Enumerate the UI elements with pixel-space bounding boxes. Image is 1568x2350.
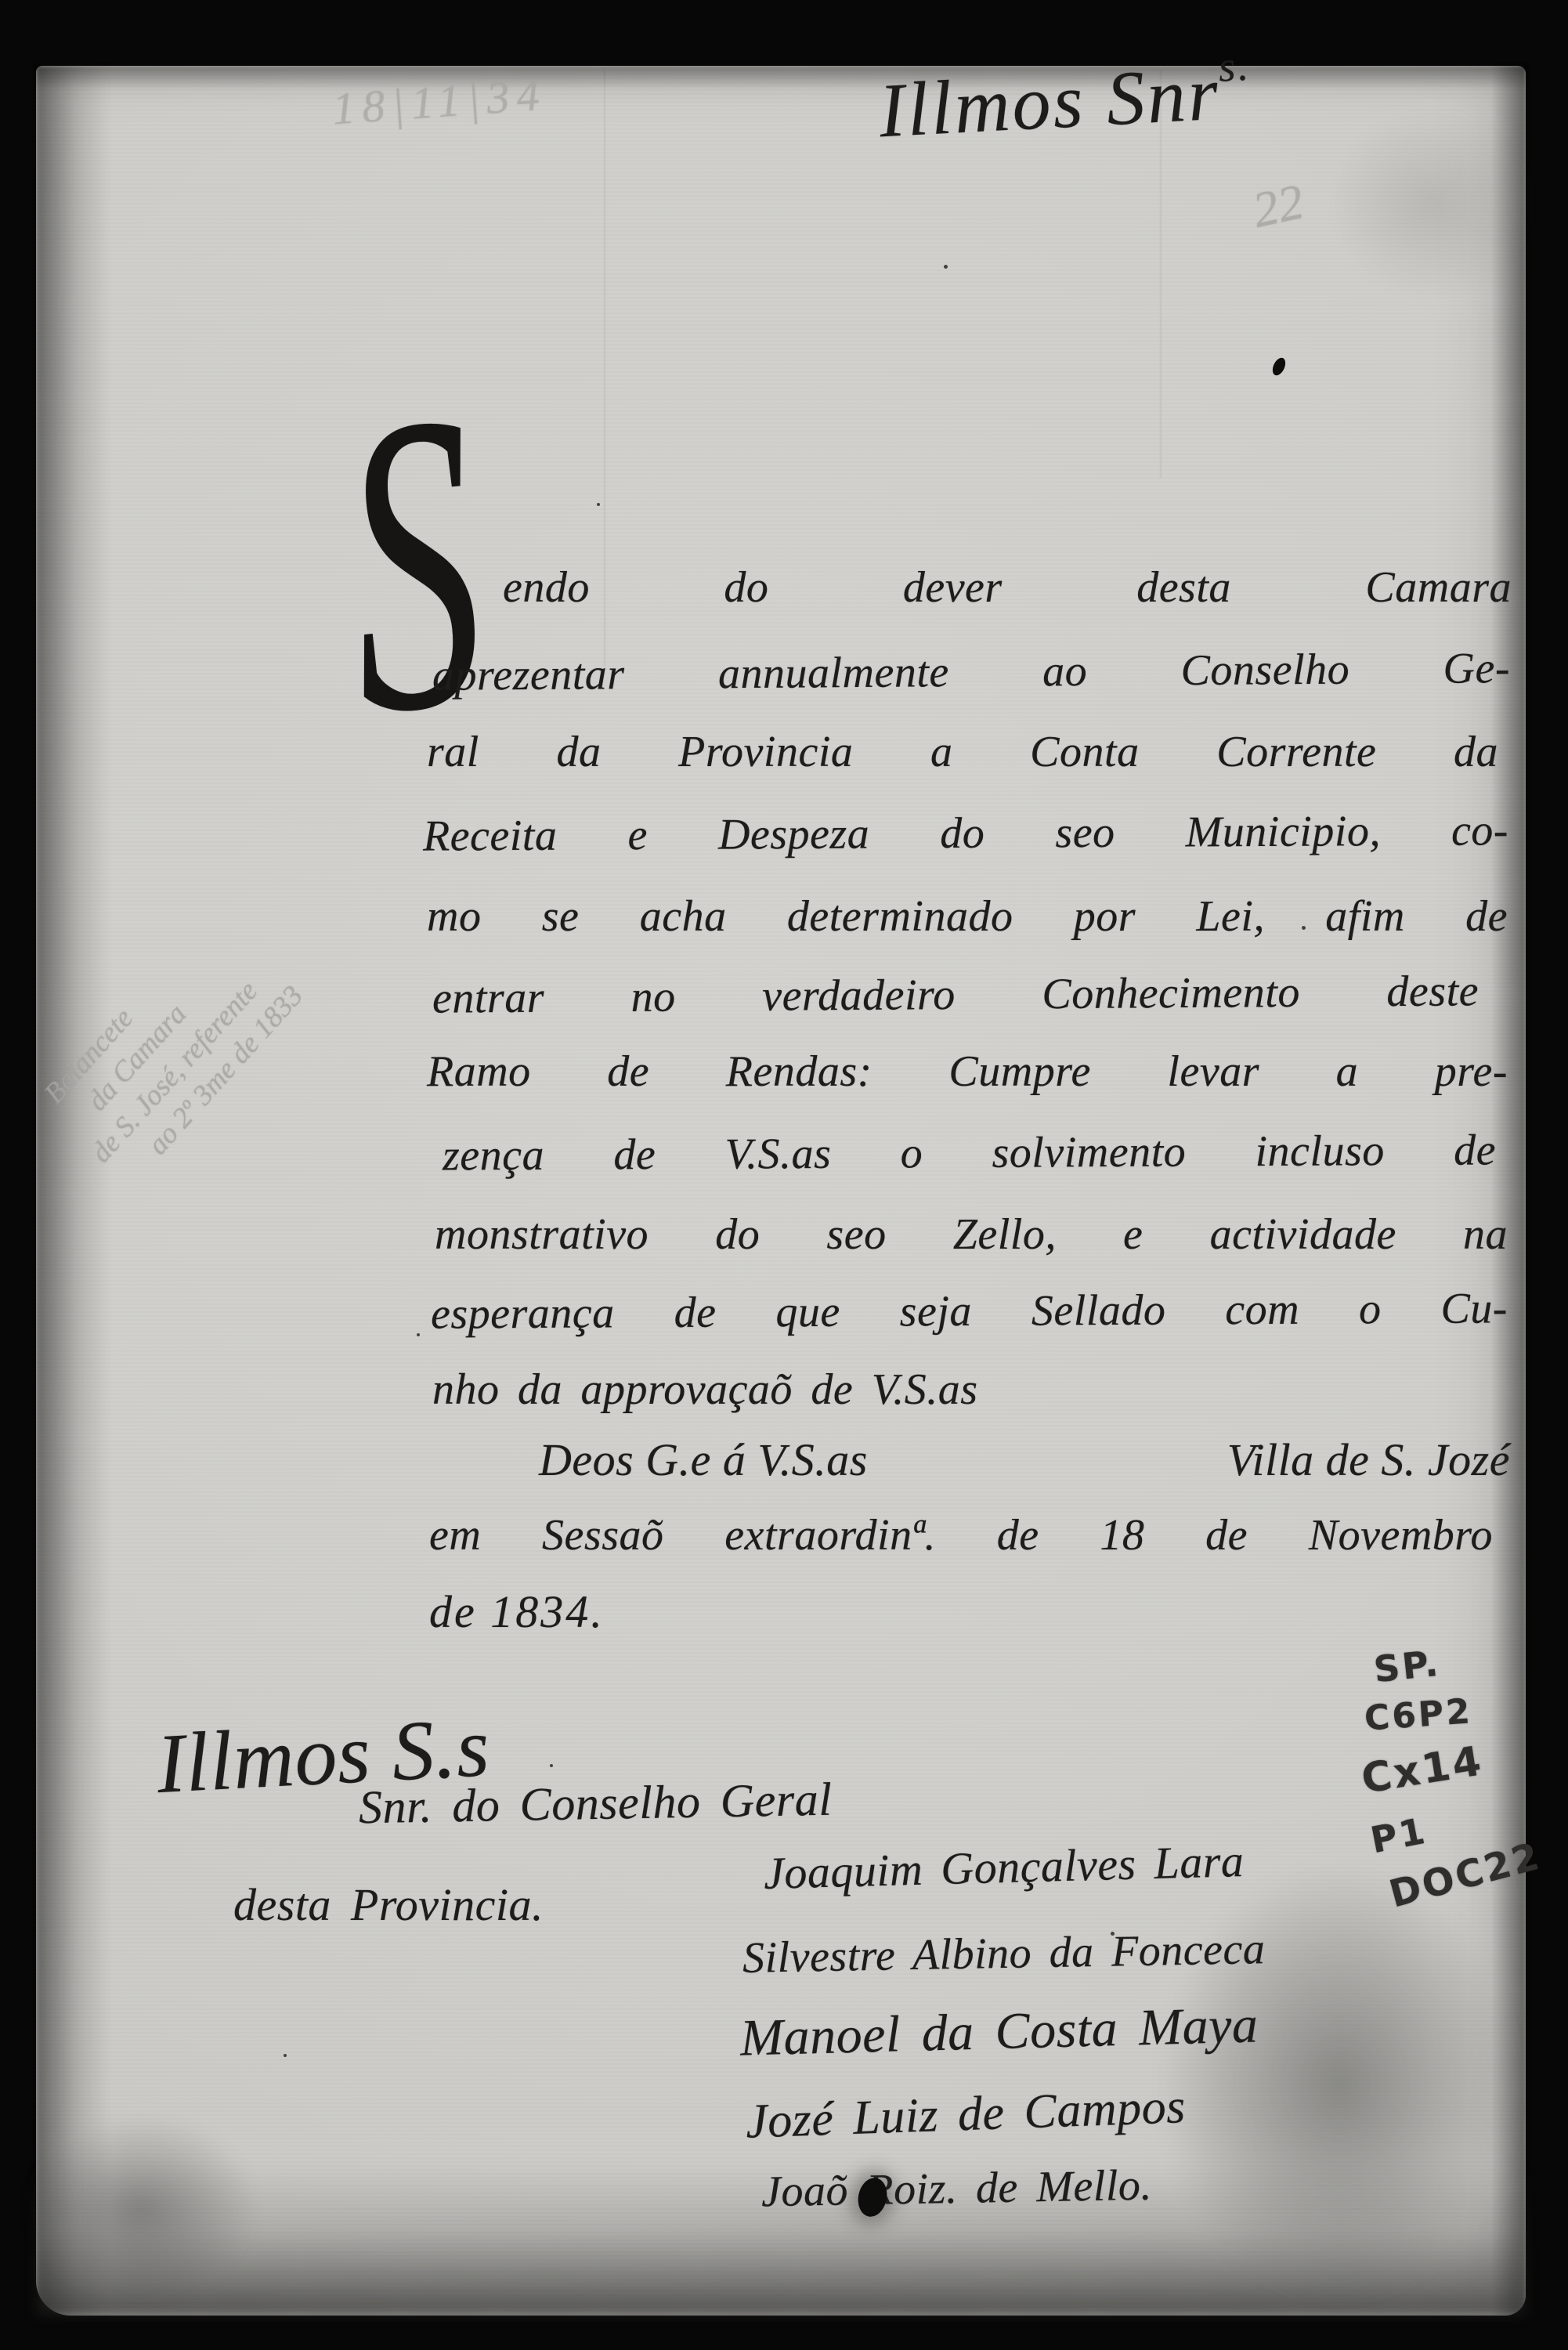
ink-speck — [1111, 1932, 1115, 1936]
closing-formula: Deos G.e á V.S.as — [539, 1433, 868, 1486]
body-line: Ramo de Rendas: Cumpre levar a pre- — [427, 1047, 1508, 1097]
ink-speck — [417, 1333, 420, 1336]
ink-speck — [944, 265, 948, 269]
ink-speck — [1302, 926, 1306, 930]
signature: Joaõ Roiz. de Mello. — [761, 2160, 1152, 2218]
salutation: Illmos Snrs. — [876, 41, 1255, 156]
body-line: ral da Provincia a Conta Corrente da — [427, 727, 1498, 777]
body-line: mo se acha determinado por Lei, afim de — [427, 891, 1508, 942]
ink-speck — [284, 2054, 287, 2057]
archive-stamp-line: SP. — [1371, 1642, 1442, 1691]
salutation-text: Illmos Snr — [877, 52, 1223, 154]
body-line: Receita e Despeza do seo Municipio, co- — [423, 805, 1508, 861]
ink-speck — [597, 503, 600, 506]
dateline: em Sessaõ extraordinª. de 18 de Novembro — [429, 1510, 1493, 1560]
address-recipient: Snr. do Conselho Geral — [358, 1773, 832, 1835]
dateline-year: de 1834. — [429, 1585, 605, 1638]
ink-speck — [999, 1537, 1003, 1541]
closing-place: Villa de S. Jozé — [1227, 1433, 1510, 1486]
salutation-superscript: s. — [1217, 42, 1252, 91]
body-line: aprezentar annualmente ao Conselho Ge- — [432, 643, 1510, 701]
body-line: nho da approvaçaõ de V.S.as — [432, 1365, 978, 1415]
ink-speck — [550, 1764, 553, 1767]
signature: Silvestre Albino da Fonceca — [742, 1924, 1265, 1983]
body-line: zença de V.S.as o solvimento incluso de — [443, 1125, 1496, 1180]
scanned-document: 18|11|34 22 Balancete da Camara de S. Jo… — [0, 0, 1568, 2350]
archive-stamp-line: C6P2 — [1363, 1691, 1473, 1738]
body-line: endo do dever desta Camara — [503, 562, 1512, 613]
closing-row: Deos G.e á V.S.as Villa de S. Jozé — [539, 1433, 1510, 1486]
address-province: desta Provincia. — [233, 1878, 544, 1931]
body-line: monstrativo do seo Zello, e actividade n… — [435, 1209, 1508, 1260]
body-line: entrar no verdadeiro Conhecimento deste — [432, 966, 1479, 1023]
body-line: esperança de que seja Sellado com o Cu- — [431, 1283, 1508, 1339]
